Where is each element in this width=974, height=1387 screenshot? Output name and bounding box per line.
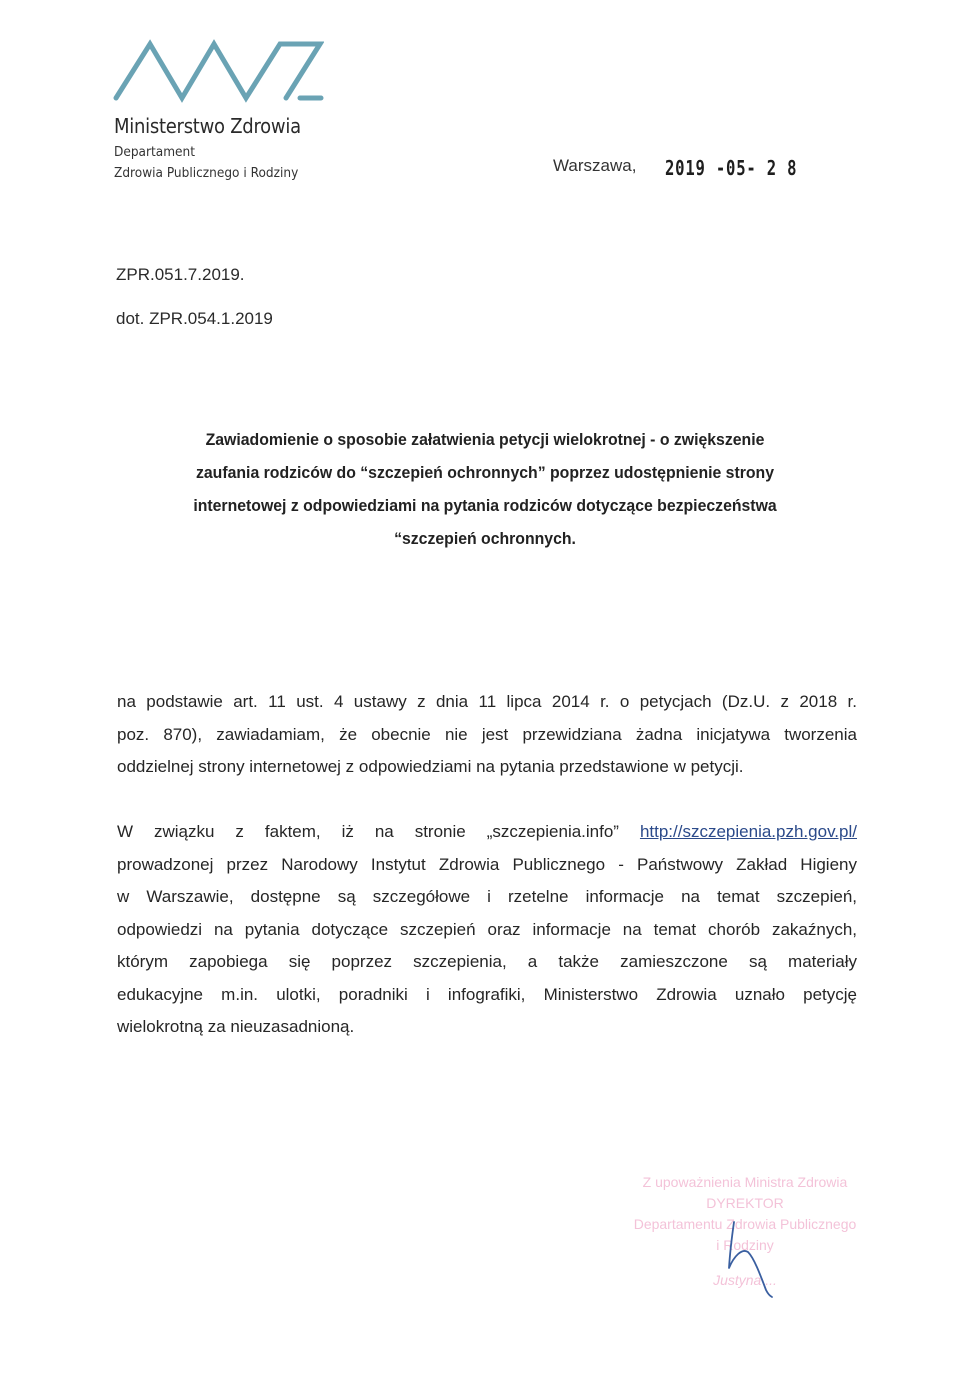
paragraph-line: na podstawie art. 11 ust. 4 ustawy z dni… bbox=[117, 686, 857, 719]
org-name: Ministerstwo Zdrowia bbox=[114, 114, 301, 138]
department-line-2: Zdrowia Publicznego i Rodziny bbox=[114, 165, 298, 181]
mz-logo-icon bbox=[112, 38, 324, 104]
paragraph-line: edukacyjne m.in. ulotki, poradniki i inf… bbox=[117, 979, 857, 1012]
regarding-reference: dot. ZPR.054.1.2019 bbox=[116, 309, 273, 329]
body-paragraph-2: W związku z faktem, iż na stronie „szcze… bbox=[117, 816, 857, 1044]
paragraph-line: w Warszawie, dostępne są szczegółowe i r… bbox=[117, 881, 857, 914]
letter-subject: Zawiadomienie o sposobie załatwienia pet… bbox=[110, 423, 860, 555]
letter-page: Ministerstwo Zdrowia Departament Zdrowia… bbox=[0, 0, 974, 1387]
department-line-1: Departament bbox=[114, 144, 195, 160]
handwritten-signature-icon bbox=[720, 1218, 780, 1298]
subject-line: zaufania rodziców do “szczepień ochronny… bbox=[136, 456, 834, 489]
paragraph-line: prowadzonej przez Narodowy Instytut Zdro… bbox=[117, 849, 857, 882]
paragraph-line: oddzielnej strony internetowej z odpowie… bbox=[117, 751, 857, 784]
pzh-vaccination-link[interactable]: http://szczepienia.pzh.gov.pl/ bbox=[640, 822, 857, 841]
body-paragraph-1: na podstawie art. 11 ust. 4 ustawy z dni… bbox=[117, 686, 857, 784]
paragraph-line: odpowiedzi na pytania dotyczące szczepie… bbox=[117, 914, 857, 947]
paragraph-line: poz. 870), zawiadamiam, że obecnie nie j… bbox=[117, 719, 857, 752]
place-label: Warszawa, bbox=[553, 156, 636, 176]
stamp-line: Z upoważnienia Ministra Zdrowia bbox=[610, 1172, 880, 1193]
paragraph-line-with-link: W związku z faktem, iż na stronie „szcze… bbox=[117, 816, 857, 849]
subject-line: internetowej z odpowiedziami na pytania … bbox=[136, 489, 834, 522]
paragraph-line: wielokrotną za nieuzasadnioną. bbox=[117, 1011, 857, 1044]
paragraph-line: którym zapobiega się poprzez szczepienia… bbox=[117, 946, 857, 979]
date-stamp: 2019 -05- 2 8 bbox=[665, 156, 797, 180]
subject-line: Zawiadomienie o sposobie załatwienia pet… bbox=[136, 423, 834, 456]
case-number: ZPR.051.7.2019. bbox=[116, 265, 245, 285]
paragraph-text: W związku z faktem, iż na stronie „szcze… bbox=[117, 822, 619, 841]
stamp-line: DYREKTOR bbox=[610, 1193, 880, 1214]
subject-line: “szczepień ochronnych. bbox=[136, 522, 834, 555]
